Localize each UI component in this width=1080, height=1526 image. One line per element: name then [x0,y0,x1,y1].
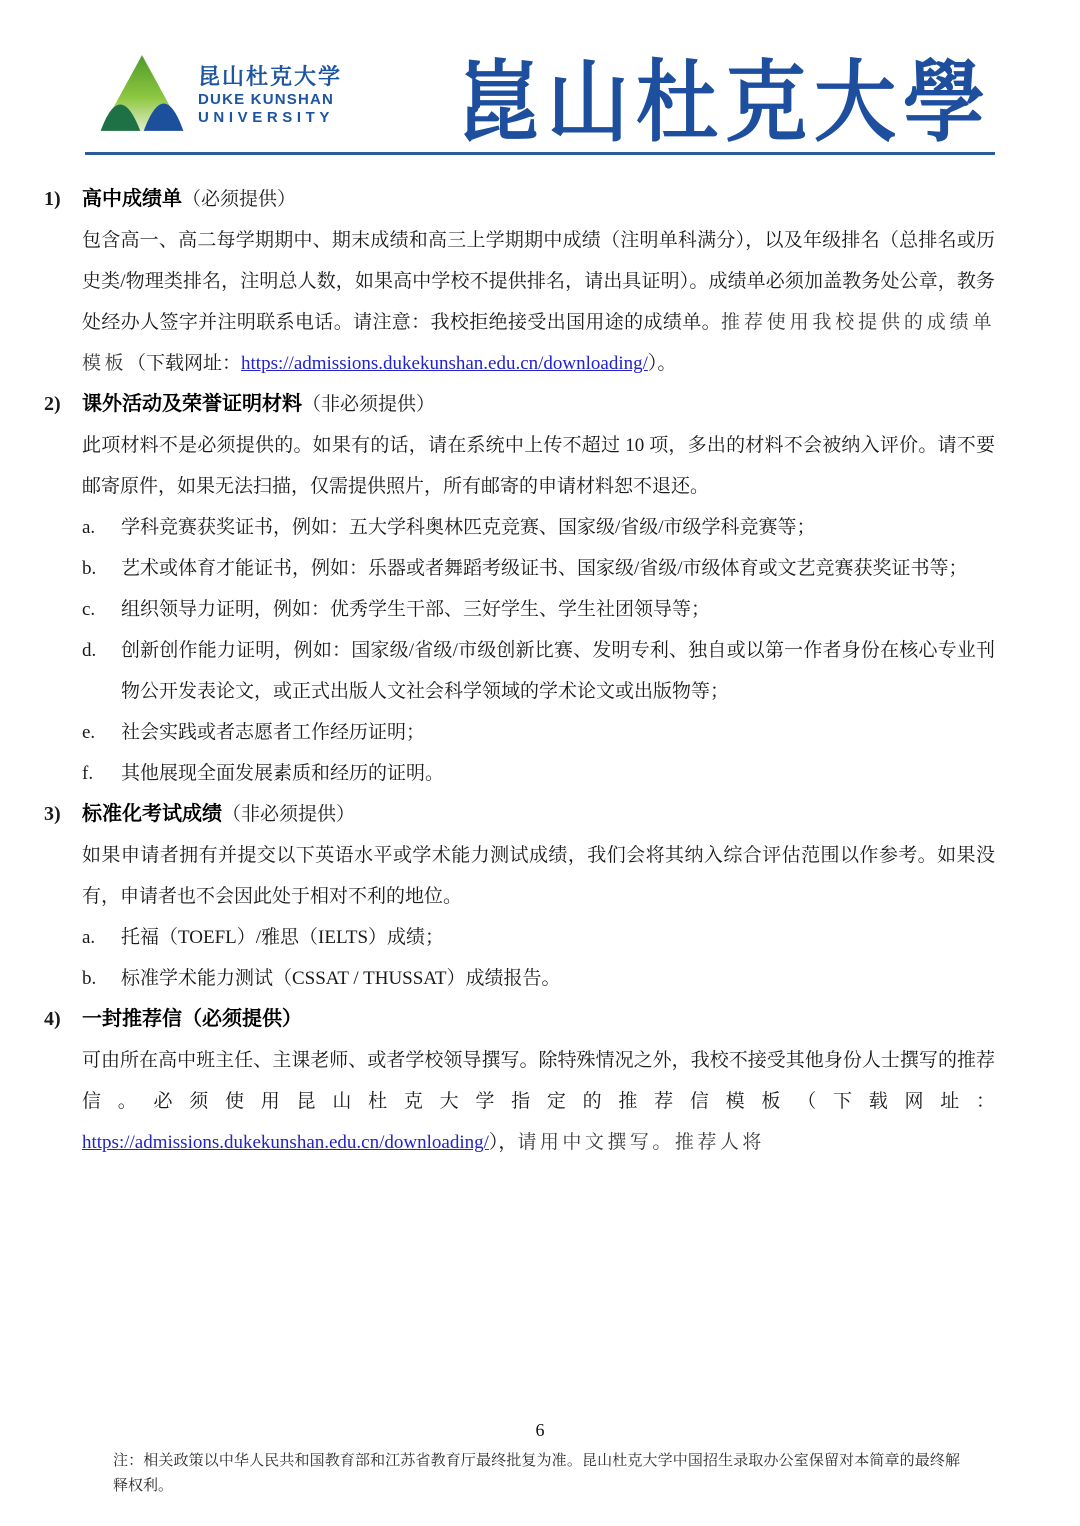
footnote: 注：相关政策以中华人民共和国教育部和江苏省教育厅最终批复为准。昆山杜克大学中国招… [113,1449,960,1499]
item-subtitle: （必须提供） [182,189,296,210]
item-body: 可由所在高中班主任、主课老师、或者学校领导撰写。除特殊情况之外，我校不接受其他身… [82,1040,995,1163]
sub-item-letter: b. [82,958,121,999]
item-paragraph: 可由所在高中班主任、主课老师、或者学校领导撰写。除特殊情况之外，我校不接受其他身… [82,1040,995,1163]
requirement-item: 3)标准化考试成绩（非必须提供）如果申请者拥有并提交以下英语水平或学术能力测试成… [0,794,1080,999]
sub-list-item: c.组织领导力证明，例如：优秀学生干部、三好学生、学生社团领导等； [82,589,995,630]
text-run: 如果申请者拥有并提交以下英语水平或学术能力测试成绩，我们会将其纳入综合评估范围以… [82,845,995,907]
download-link[interactable]: https://admissions.dukekunshan.edu.cn/do… [82,1132,489,1153]
text-run: 其他展现全面发展素质和经历的证明。 [121,763,444,784]
item-heading: 1)高中成绩单（必须提供） [0,179,1080,220]
text-run: 可由所在高中班主任、主课老师、或者学校领导撰写。除特殊情况之外，我校不接受其他身… [82,1050,995,1112]
item-title: 高中成绩单（必须提供） [82,179,296,220]
item-heading: 2)课外活动及荣誉证明材料（非必须提供） [0,384,1080,425]
sub-item-letter: b. [82,548,121,589]
requirement-item: 2)课外活动及荣誉证明材料（非必须提供）此项材料不是必须提供的。如果有的话，请在… [0,384,1080,794]
logo-cn-name: 昆山杜克大学 [198,64,342,89]
logo-en-name-line1: DUKE KUNSHAN [198,91,342,108]
sub-item-text: 学科竞赛获奖证书，例如：五大学科奥林匹克竞赛、国家级/省级/市级学科竞赛等； [121,507,995,548]
text-run: 请用中文撰写。推荐人将 [517,1132,765,1153]
sub-item-letter: d. [82,630,121,712]
text-run: （下载网址： [127,353,241,374]
item-title: 课外活动及荣誉证明材料（非必须提供） [82,384,435,425]
requirements-list: 1)高中成绩单（必须提供）包含高一、高二每学期期中、期末成绩和高三上学期期中成绩… [0,179,1080,1163]
item-paragraph: 如果申请者拥有并提交以下英语水平或学术能力测试成绩，我们会将其纳入综合评估范围以… [82,835,995,917]
page-footer: 6 注：相关政策以中华人民共和国教育部和江苏省教育厅最终批复为准。昆山杜克大学中… [0,1420,1080,1499]
item-number: 4) [44,999,82,1040]
document-page: 昆山杜克大学 DUKE KUNSHAN UNIVERSITY 崑山杜克大學 1)… [0,0,1080,1526]
sub-item-text: 艺术或体育才能证书，例如：乐器或者舞蹈考级证书、国家级/省级/市级体育或文艺竞赛… [121,548,995,589]
dku-logo: 昆山杜克大学 DUKE KUNSHAN UNIVERSITY [98,53,342,138]
logo-en-name-line2: UNIVERSITY [198,109,342,126]
text-run: 社会实践或者志愿者工作经历证明； [121,722,425,743]
item-body: 如果申请者拥有并提交以下英语水平或学术能力测试成绩，我们会将其纳入综合评估范围以… [82,835,995,999]
text-run: 艺术或体育才能证书，例如：乐器或者舞蹈考级证书、国家级/省级/市级体育或文艺竞赛… [121,558,968,579]
text-run: 此项材料不是必须提供的。如果有的话，请在系统中上传不超过 10 项，多出的材料不… [82,435,995,497]
item-title: 标准化考试成绩（非必须提供） [82,794,355,835]
sub-list-item: b.标准学术能力测试（CSSAT / THUSSAT）成绩报告。 [82,958,995,999]
sub-item-letter: e. [82,712,121,753]
text-run: 学科竞赛获奖证书，例如：五大学科奥林匹克竞赛、国家级/省级/市级学科竞赛等； [121,517,816,538]
item-number: 2) [44,384,82,425]
item-title: 一封推荐信（必须提供） [82,999,302,1040]
item-subtitle: （非必须提供） [302,394,435,415]
sub-item-text: 标准学术能力测试（CSSAT / THUSSAT）成绩报告。 [121,958,995,999]
item-paragraph: 包含高一、高二每学期期中、期末成绩和高三上学期期中成绩（注明单科满分），以及年级… [82,220,995,384]
item-number: 3) [44,794,82,835]
text-run: 创新创作能力证明，例如：国家级/省级/市级创新比赛、发明专利、独自或以第一作者身… [121,640,995,702]
sub-list-item: e.社会实践或者志愿者工作经历证明； [82,712,995,753]
page-header: 昆山杜克大学 DUKE KUNSHAN UNIVERSITY 崑山杜克大學 [0,0,1080,148]
sub-item-letter: c. [82,589,121,630]
item-body: 此项材料不是必须提供的。如果有的话，请在系统中上传不超过 10 项，多出的材料不… [82,425,995,794]
item-subtitle: （非必须提供） [222,804,355,825]
page-number: 6 [0,1420,1080,1441]
text-run: 组织领导力证明，例如：优秀学生干部、三好学生、学生社团领导等； [121,599,710,620]
item-paragraph: 此项材料不是必须提供的。如果有的话，请在系统中上传不超过 10 项，多出的材料不… [82,425,995,507]
calligraphy-title: 崑山杜克大學 [458,32,992,158]
text-run: 托福（TOEFL）/雅思（IELTS）成绩； [121,927,444,948]
sub-item-text: 其他展现全面发展素质和经历的证明。 [121,753,995,794]
sub-item-text: 社会实践或者志愿者工作经历证明； [121,712,995,753]
sub-list-item: b.艺术或体育才能证书，例如：乐器或者舞蹈考级证书、国家级/省级/市级体育或文艺… [82,548,995,589]
requirement-item: 1)高中成绩单（必须提供）包含高一、高二每学期期中、期末成绩和高三上学期期中成绩… [0,179,1080,384]
sub-list-item: a.学科竞赛获奖证书，例如：五大学科奥林匹克竞赛、国家级/省级/市级学科竞赛等； [82,507,995,548]
sub-list-item: f.其他展现全面发展素质和经历的证明。 [82,753,995,794]
requirement-item: 4)一封推荐信（必须提供）可由所在高中班主任、主课老师、或者学校领导撰写。除特殊… [0,999,1080,1163]
item-heading: 3)标准化考试成绩（非必须提供） [0,794,1080,835]
logo-text: 昆山杜克大学 DUKE KUNSHAN UNIVERSITY [198,64,342,126]
mountain-icon [98,53,186,138]
item-body: 包含高一、高二每学期期中、期末成绩和高三上学期期中成绩（注明单科满分），以及年级… [82,220,995,384]
text-run: ）， [489,1132,518,1153]
sub-item-letter: a. [82,507,121,548]
sub-item-text: 组织领导力证明，例如：优秀学生干部、三好学生、学生社团领导等； [121,589,995,630]
sub-item-letter: a. [82,917,121,958]
sub-list-item: a.托福（TOEFL）/雅思（IELTS）成绩； [82,917,995,958]
item-number: 1) [44,179,82,220]
text-run: 标准学术能力测试（CSSAT / THUSSAT）成绩报告。 [121,968,561,989]
sub-item-letter: f. [82,753,121,794]
item-heading: 4)一封推荐信（必须提供） [0,999,1080,1040]
sub-item-text: 托福（TOEFL）/雅思（IELTS）成绩； [121,917,995,958]
sub-list-item: d.创新创作能力证明，例如：国家级/省级/市级创新比赛、发明专利、独自或以第一作… [82,630,995,712]
text-run: ）。 [648,353,677,374]
download-link[interactable]: https://admissions.dukekunshan.edu.cn/do… [241,353,648,374]
sub-item-text: 创新创作能力证明，例如：国家级/省级/市级创新比赛、发明专利、独自或以第一作者身… [121,630,995,712]
